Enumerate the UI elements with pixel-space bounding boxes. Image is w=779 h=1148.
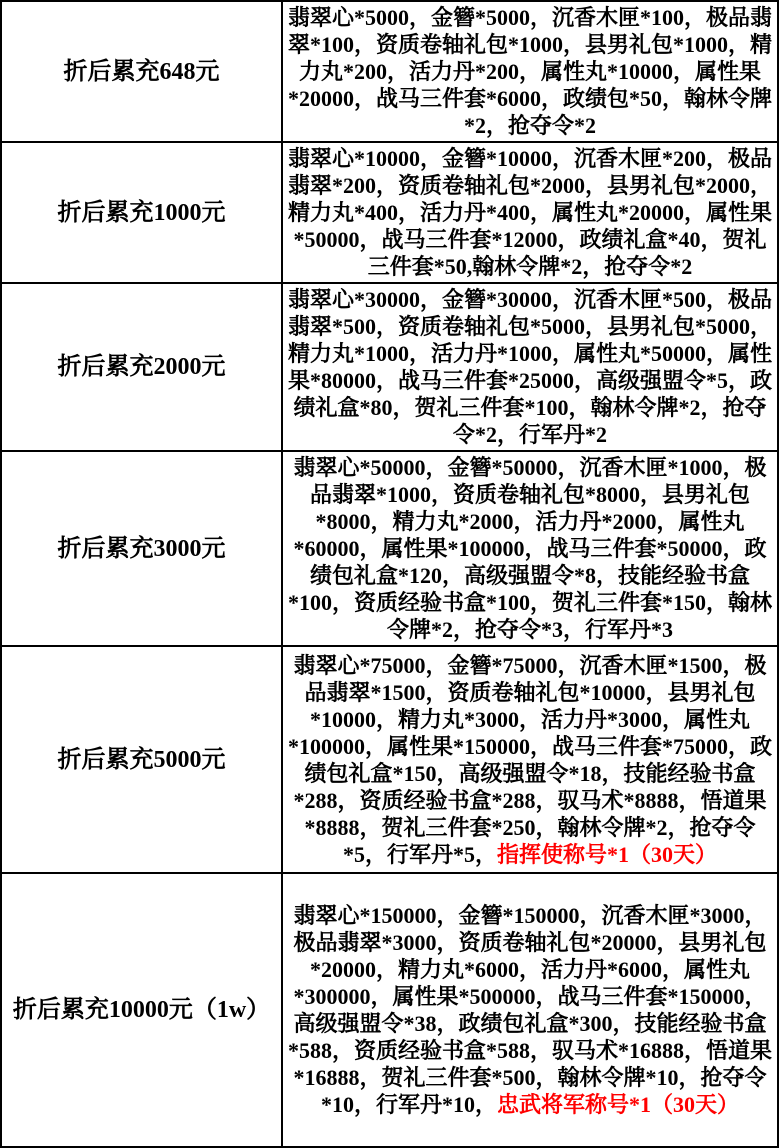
rewards-text: 翡翠心*10000，金簪*10000，沉香木匣*200，极品翡翠*200，资质卷… xyxy=(288,146,772,279)
rewards-cell: 翡翠心*5000，金簪*5000，沉香木匣*100，极品翡翠*100，资质卷轴礼… xyxy=(282,1,778,142)
rewards-cell: 翡翠心*10000，金簪*10000，沉香木匣*200，极品翡翠*200，资质卷… xyxy=(282,142,778,283)
rewards-cell: 翡翠心*50000，金簪*50000，沉香木匣*1000，极品翡翠*1000，资… xyxy=(282,451,778,646)
table-row: 折后累充3000元 翡翠心*50000，金簪*50000，沉香木匣*1000，极… xyxy=(1,451,778,646)
table-row: 折后累充648元 翡翠心*5000，金簪*5000，沉香木匣*100，极品翡翠*… xyxy=(1,1,778,142)
tier-cell: 折后累充5000元 xyxy=(1,646,282,873)
table-row: 折后累充2000元 翡翠心*30000，金簪*30000，沉香木匣*500，极品… xyxy=(1,283,778,451)
recharge-rewards-table: 折后累充648元 翡翠心*5000，金簪*5000，沉香木匣*100，极品翡翠*… xyxy=(0,0,779,1148)
rewards-text: 翡翠心*5000，金簪*5000，沉香木匣*100，极品翡翠*100，资质卷轴礼… xyxy=(288,5,772,138)
tier-cell: 折后累充1000元 xyxy=(1,142,282,283)
rewards-cell: 翡翠心*75000，金簪*75000，沉香木匣*1500，极品翡翠*1500，资… xyxy=(282,646,778,873)
rewards-text: 翡翠心*30000，金簪*30000，沉香木匣*500，极品翡翠*500，资质卷… xyxy=(288,287,772,447)
rewards-highlight: 忠武将军称号*1（30天） xyxy=(497,1092,739,1117)
rewards-cell: 翡翠心*150000，金簪*150000，沉香木匣*3000，极品翡翠*3000… xyxy=(282,873,778,1147)
rewards-text: 翡翠心*50000，金簪*50000，沉香木匣*1000，极品翡翠*1000，资… xyxy=(288,455,772,642)
tier-cell: 折后累充648元 xyxy=(1,1,282,142)
tier-cell: 折后累充3000元 xyxy=(1,451,282,646)
rewards-text: 翡翠心*150000，金簪*150000，沉香木匣*3000，极品翡翠*3000… xyxy=(288,903,772,1117)
rewards-text: 翡翠心*75000，金簪*75000，沉香木匣*1500，极品翡翠*1500，资… xyxy=(288,653,772,867)
table-row: 折后累充5000元 翡翠心*75000，金簪*75000，沉香木匣*1500，极… xyxy=(1,646,778,873)
table-row: 折后累充10000元（1w） 翡翠心*150000，金簪*150000，沉香木匣… xyxy=(1,873,778,1147)
rewards-cell: 翡翠心*30000，金簪*30000，沉香木匣*500，极品翡翠*500，资质卷… xyxy=(282,283,778,451)
table-row: 折后累充1000元 翡翠心*10000，金簪*10000，沉香木匣*200，极品… xyxy=(1,142,778,283)
tier-cell: 折后累充10000元（1w） xyxy=(1,873,282,1147)
tier-cell: 折后累充2000元 xyxy=(1,283,282,451)
rewards-highlight: 指挥使称号*1（30天） xyxy=(497,842,717,867)
